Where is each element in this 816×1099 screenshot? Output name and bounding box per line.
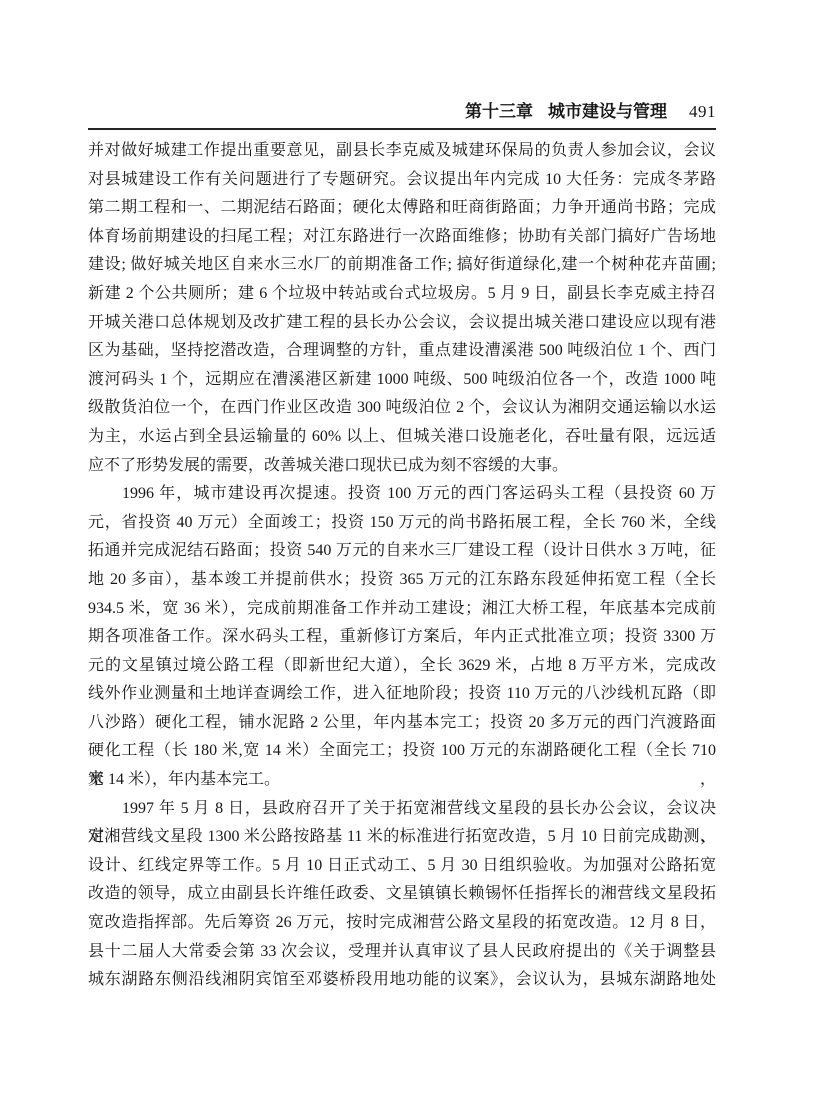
text-line: 线外作业测量和土地详查调绘工作，进入征地阶段；投资 110 万元的八沙线机瓦路（… bbox=[88, 680, 716, 709]
page-number: 491 bbox=[689, 102, 716, 121]
text-line: 1996 年，城市建设再次提速。投资 100 万元的西门客运码头工程（县投资 6… bbox=[88, 480, 716, 509]
paragraph: 1996 年，城市建设再次提速。投资 100 万元的西门客运码头工程（县投资 6… bbox=[88, 480, 716, 795]
text-line: 期各项准备工作。深水码头工程，重新修订方案后，年内正式批准立项；投资 3300 … bbox=[88, 623, 716, 652]
text-line: 设计、红线定界等工作。5 月 10 日正式动工、5 月 30 日组织验收。为加强… bbox=[88, 852, 716, 881]
paragraph: 1997 年 5 月 8 日，县政府召开了关于拓宽湘营线文星段的县长办公会议，会… bbox=[88, 795, 716, 995]
text-line: 元的文星镇过境公路工程（即新世纪大道），全长 3629 米，占地 8 万平方米，… bbox=[88, 652, 716, 681]
text-line: 区为基础，坚持挖潜改造，合理调整的方针，重点建设漕溪港 500 吨级泊位 1 个… bbox=[88, 337, 716, 366]
text-line: 934.5 米，宽 36 米），完成前期准备工作并动工建设；湘江大桥工程，年底基… bbox=[88, 595, 716, 624]
paragraph: 并对做好城建工作提出重要意见，副县长李克威及城建环保局的负责人参加会议，会议对县… bbox=[88, 137, 716, 480]
page-header: 第十三章城市建设与管理491 bbox=[88, 101, 716, 130]
text-line: 开城关港口总体规划及改扩建工程的县长办公会议，会议提出城关港口建设应以现有港 bbox=[88, 309, 716, 338]
text-line: 新建 2 个公共厕所；建 6 个垃圾中转站或台式垃圾房。5 月 9 日，副县长李… bbox=[88, 280, 716, 309]
text-line: 应不了形势发展的需要，改善城关港口现状已成为刻不容缓的大事。 bbox=[88, 452, 716, 481]
document-page: 第十三章城市建设与管理491 并对做好城建工作提出重要意见，副县长李克威及城建环… bbox=[0, 0, 816, 1099]
text-line: 地 20 多亩），基本竣工并提前供水；投资 365 万元的江东路东段延伸拓宽工程… bbox=[88, 566, 716, 595]
text-line: 拓通并完成泥结石路面；投资 540 万元的自来水三厂建设工程（设计日供水 3 万… bbox=[88, 537, 716, 566]
text-line: 为主，水运占到全县运输量的 60% 以上、但城关港口设施老化，吞吐量有限，远远适 bbox=[88, 423, 716, 452]
text-line: 城东湖路东侧沿线湘阴宾馆至邓婆桥段用地功能的议案》，会议认为，县城东湖路地处 bbox=[88, 966, 716, 995]
text-line: 元，省投资 40 万元）全面竣工；投资 150 万元的尚书路拓展工程，全长 76… bbox=[88, 509, 716, 538]
text-line: 1997 年 5 月 8 日，县政府召开了关于拓宽湘营线文星段的县长办公会议，会… bbox=[88, 795, 716, 824]
text-line: 八沙路）硬化工程，铺水泥路 2 公里，年内基本完工；投资 20 多万元的西门汽渡… bbox=[88, 709, 716, 738]
text-line: 硬化工程（长 180 米,宽 14 米）全面完工；投资 100 万元的东湖路硬化… bbox=[88, 737, 716, 766]
text-line: 渡河码头 1 个，远期应在漕溪港区新建 1000 吨级、500 吨级泊位各一个，… bbox=[88, 366, 716, 395]
text-line: 建设; 做好城关地区自来水三水厂的前期准备工作; 搞好街道绿化,建一个树种花卉苗… bbox=[88, 251, 716, 280]
text-line: 体育场前期建设的扫尾工程；对江东路进行一次路面维修；协助有关部门搞好广告场地 bbox=[88, 223, 716, 252]
text-line: 级散货泊位一个，在西门作业区改造 300 吨级泊位 2 个，会议认为湘阴交通运输… bbox=[88, 394, 716, 423]
text-line: 改造的领导，成立由副县长许维任政委、文星镇镇长赖锡怀任指挥长的湘营线文星段拓 bbox=[88, 880, 716, 909]
text-line: 第二期工程和一、二期泥结石路面；硬化太傅路和旺商街路面；力争开通尚书路；完成 bbox=[88, 194, 716, 223]
page-body: 并对做好城建工作提出重要意见，副县长李克威及城建环保局的负责人参加会议，会议对县… bbox=[88, 137, 716, 995]
chapter-label: 第十三章 bbox=[465, 102, 533, 121]
text-line: 宽改造指挥部。先后筹资 26 万元，按时完成湘营公路文星段的拓宽改造。12 月 … bbox=[88, 909, 716, 938]
text-line: 对湘营线文星段 1300 米公路按路基 11 米的标准进行拓宽改造，5 月 10… bbox=[88, 823, 716, 852]
text-line: 并对做好城建工作提出重要意见，副县长李克威及城建环保局的负责人参加会议，会议 bbox=[88, 137, 716, 166]
page-title: 城市建设与管理 bbox=[548, 102, 667, 121]
text-line: 对县城建设工作有关问题进行了专题研究。会议提出年内完成 10 大任务：完成冬茅路 bbox=[88, 166, 716, 195]
text-line: 县十二届人大常委会第 33 次会议，受理并认真审议了县人民政府提出的《关于调整县 bbox=[88, 938, 716, 967]
